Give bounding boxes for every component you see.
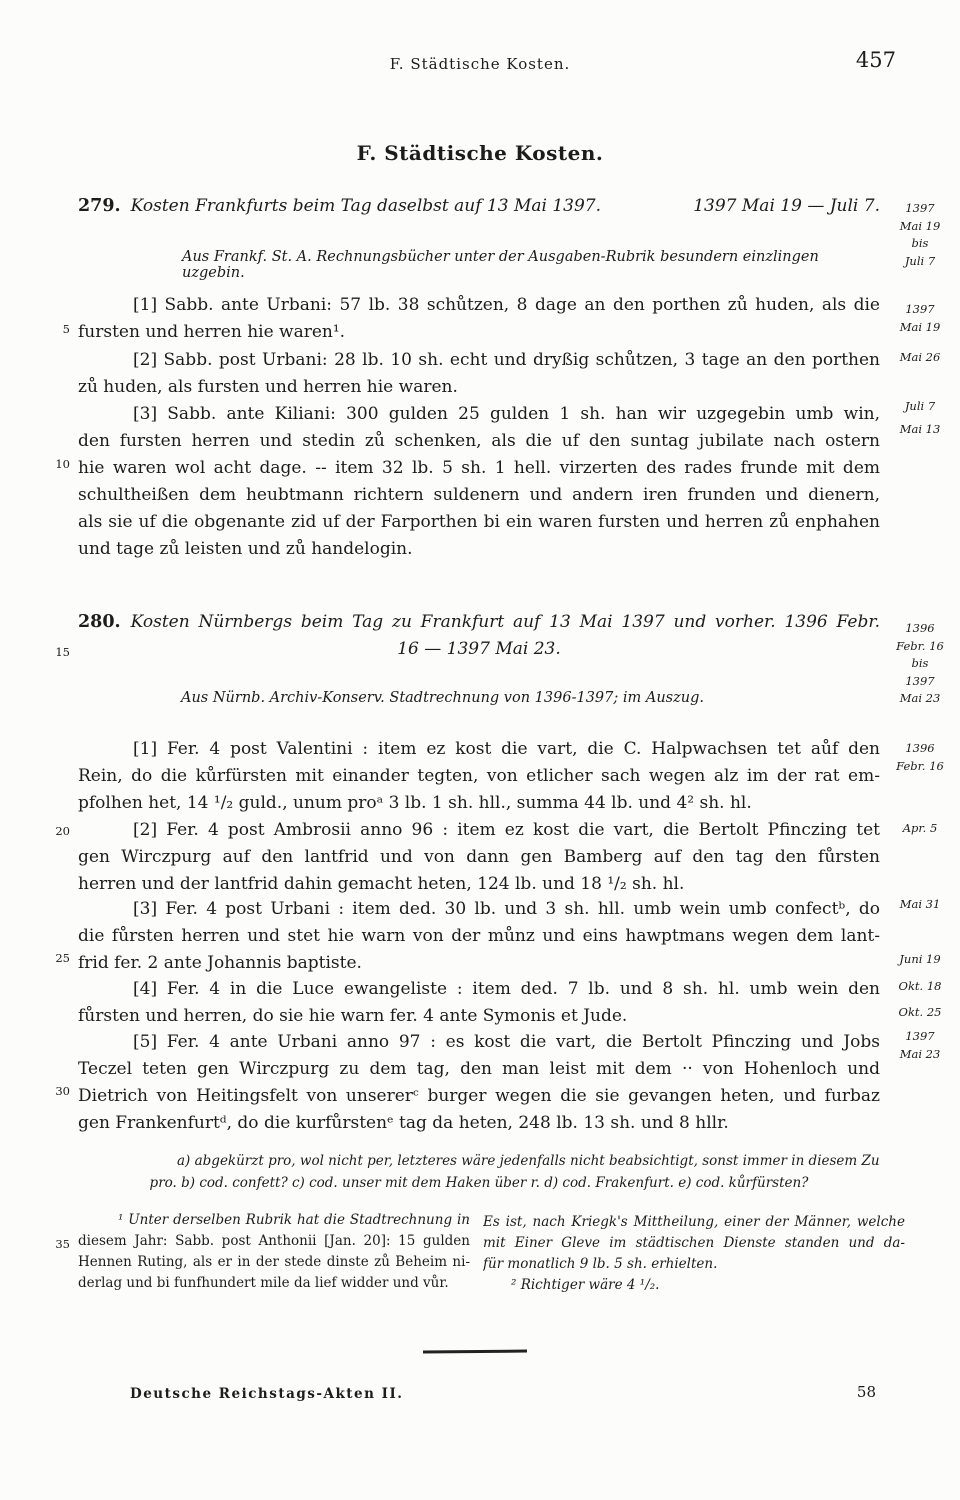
text-line: [3] Sabb. ante Kiliani: 300 gulden 25 gu… bbox=[78, 401, 880, 428]
footer-volume-title: Deutsche Reichstags-Akten II. bbox=[130, 1386, 403, 1402]
margin-date-entry280-p3a: Mai 31 bbox=[886, 896, 954, 914]
text-line: [3] Fer. 4 post Urbani : item ded. 30 lb… bbox=[78, 896, 880, 923]
entry-279-number: 279. bbox=[78, 196, 121, 216]
margin-date-entry279-p3a: Juli 7 bbox=[886, 398, 954, 416]
margin-date-entry280-p3b: Juni 19 bbox=[886, 951, 954, 969]
margin-date-entry280-p5: 1397 Mai 23 bbox=[886, 1028, 954, 1063]
text-line: Hennen Ruting, als er in der stede dinst… bbox=[78, 1252, 470, 1273]
line-number-25: 25 bbox=[38, 951, 70, 965]
margin-date-line: Mai 23 bbox=[886, 690, 954, 708]
line-number-30: 30 bbox=[38, 1084, 70, 1098]
text-line: den fursten herren und stedin zů schenke… bbox=[78, 428, 880, 455]
text-line: als sie uf die obgenante zid uf der Farp… bbox=[78, 509, 880, 536]
entry-279-paragraph-2: [2] Sabb. post Urbani: 28 lb. 10 sh. ech… bbox=[78, 347, 880, 401]
entry-280-title: 280.Kosten Nürnbergs beim Tag zu Frankfu… bbox=[78, 612, 880, 659]
margin-date-line: Apr. 5 bbox=[886, 820, 954, 838]
margin-date-line: bis bbox=[886, 655, 954, 673]
margin-date-line: 1397 bbox=[886, 200, 954, 218]
text-line: Teczel teten gen Wirczpurg zu dem tag, d… bbox=[78, 1056, 880, 1083]
margin-date-line: 1397 bbox=[886, 673, 954, 691]
entry-280-source: Aus Nürnb. Archiv-Konserv. Stadtrechnung… bbox=[181, 690, 881, 706]
margin-date-line: Febr. 16 bbox=[886, 638, 954, 656]
entry-280-paragraph-5: [5] Fer. 4 ante Urbani anno 97 : es kost… bbox=[78, 1029, 880, 1137]
text-line: [5] Fer. 4 ante Urbani anno 97 : es kost… bbox=[78, 1029, 880, 1056]
text-line: derlag und bi funfhundert mile da lief w… bbox=[78, 1273, 470, 1294]
variant-footnotes: a) abgekürzt pro, wol nicht per, letzter… bbox=[78, 1150, 880, 1194]
text-line: für monatlich 9 lb. 5 sh. erhielten. bbox=[483, 1254, 905, 1275]
margin-date-line: Okt. 18 bbox=[886, 978, 954, 996]
text-line: [4] Fer. 4 in die Luce ewangeliste : ite… bbox=[78, 976, 880, 1003]
line-number-35: 35 bbox=[38, 1237, 70, 1251]
footer-sheet-number: 58 bbox=[800, 1383, 876, 1401]
text-line: [2] Fer. 4 post Ambrosii anno 96 : item … bbox=[78, 817, 880, 844]
margin-date-line: Mai 13 bbox=[886, 421, 954, 439]
margin-date-line: 1397 bbox=[886, 1028, 954, 1046]
line-number-20: 20 bbox=[38, 824, 70, 838]
footnote-separator-rule bbox=[423, 1350, 527, 1354]
entry-280-title-text: Kosten Nürnbergs beim Tag zu Frankfurt a… bbox=[131, 612, 880, 632]
margin-date-entry279-p3b: Mai 13 bbox=[886, 421, 954, 439]
text-line: gen Frankenfurtᵈ, do die kurfůrstenᵉ tag… bbox=[78, 1110, 880, 1137]
entry-280-title-line-2: 16 — 1397 Mai 23. bbox=[78, 639, 880, 659]
margin-date-entry280-p2: Apr. 5 bbox=[886, 820, 954, 838]
text-line: fůrsten und herren, do sie hie warn fer.… bbox=[78, 1003, 880, 1030]
footnote-column-left: ¹ Unter derselben Rubrik hat die Stadtre… bbox=[78, 1210, 470, 1294]
text-line: pfolhen het, 14 ¹/₂ guld., unum proᵃ 3 l… bbox=[78, 790, 880, 817]
margin-date-line: Mai 19 bbox=[886, 319, 954, 337]
text-line: Rein, do die kůrfürsten mit einander teg… bbox=[78, 763, 880, 790]
text-line: a) abgekürzt pro, wol nicht per, letzter… bbox=[78, 1150, 880, 1172]
text-line: fursten und herren hie waren¹. bbox=[78, 319, 880, 346]
line-number-5: 5 bbox=[38, 322, 70, 336]
margin-date-line: Mai 31 bbox=[886, 896, 954, 914]
text-line: [1] Fer. 4 post Valentini : item ez kost… bbox=[78, 736, 880, 763]
text-line: gen Wirczpurg auf den lantfrid und von d… bbox=[78, 844, 880, 871]
text-line: pro. b) cod. confett? c) cod. unser mit … bbox=[78, 1172, 880, 1194]
entry-280-paragraph-1: [1] Fer. 4 post Valentini : item ez kost… bbox=[78, 736, 880, 817]
margin-date-line: 1396 bbox=[886, 740, 954, 758]
text-line: mit Einer Gleve im städtischen Dienste s… bbox=[483, 1233, 905, 1254]
margin-date-entry280-p4a: Okt. 18 bbox=[886, 978, 954, 996]
text-line: Dietrich von Heitingsfelt von unsererᶜ b… bbox=[78, 1083, 880, 1110]
entry-279-title: 279.Kosten Frankfurts beim Tag daselbst … bbox=[78, 196, 880, 216]
text-line: schultheißen dem heubtmann richtern suld… bbox=[78, 482, 880, 509]
text-line: die fůrsten herren und stet hie warn von… bbox=[78, 923, 880, 950]
text-line: Es ist, nach Kriegk's Mittheilung, einer… bbox=[483, 1212, 905, 1233]
text-line: und tage zů leisten und zů handelogin. bbox=[78, 536, 880, 563]
entry-280-title-line-1: 280.Kosten Nürnbergs beim Tag zu Frankfu… bbox=[78, 612, 880, 632]
margin-date-entry280-head: 1396 Febr. 16 bis 1397 Mai 23 bbox=[886, 620, 954, 708]
margin-date-line: 1397 bbox=[886, 301, 954, 319]
entry-279-source: Aus Frankf. St. A. Rechnungsbücher unter… bbox=[182, 249, 882, 281]
line-number-10: 10 bbox=[38, 457, 70, 471]
entry-279-paragraph-1: [1] Sabb. ante Urbani: 57 lb. 38 schůtze… bbox=[78, 292, 880, 346]
entry-279-title-dates: 1397 Mai 19 — Juli 7. bbox=[693, 196, 880, 216]
section-heading: F. Städtische Kosten. bbox=[0, 141, 960, 165]
text-line: [1] Sabb. ante Urbani: 57 lb. 38 schůtze… bbox=[78, 292, 880, 319]
text-line: frid fer. 2 ante Johannis baptiste. bbox=[78, 950, 880, 977]
entry-280-paragraph-2: [2] Fer. 4 post Ambrosii anno 96 : item … bbox=[78, 817, 880, 898]
text-line: hie waren wol acht dage. -- item 32 lb. … bbox=[78, 455, 880, 482]
margin-date-line: 1396 bbox=[886, 620, 954, 638]
entry-280-paragraph-3: [3] Fer. 4 post Urbani : item ded. 30 lb… bbox=[78, 896, 880, 977]
entry-280-paragraph-4: [4] Fer. 4 in die Luce ewangeliste : ite… bbox=[78, 976, 880, 1030]
footnote-column-right: Es ist, nach Kriegk's Mittheilung, einer… bbox=[483, 1212, 905, 1296]
margin-date-entry279-head: 1397 Mai 19 bis Juli 7 bbox=[886, 200, 954, 270]
margin-date-entry280-p4b: Okt. 25 bbox=[886, 1004, 954, 1022]
margin-date-line: Okt. 25 bbox=[886, 1004, 954, 1022]
margin-date-line: Juli 7 bbox=[886, 253, 954, 271]
margin-date-line: Juli 7 bbox=[886, 398, 954, 416]
margin-date-entry279-p2: Mai 26 bbox=[886, 349, 954, 367]
margin-date-line: Juni 19 bbox=[886, 951, 954, 969]
margin-date-line: Mai 23 bbox=[886, 1046, 954, 1064]
text-line: zů huden, als fursten und herren hie war… bbox=[78, 374, 880, 401]
text-line: [2] Sabb. post Urbani: 28 lb. 10 sh. ech… bbox=[78, 347, 880, 374]
text-line: herren und der lantfrid dahin gemacht he… bbox=[78, 871, 880, 898]
text-line: ² Richtiger wäre 4 ¹/₂. bbox=[483, 1275, 905, 1296]
entry-279-paragraph-3: [3] Sabb. ante Kiliani: 300 gulden 25 gu… bbox=[78, 401, 880, 563]
running-header: F. Städtische Kosten. bbox=[0, 55, 960, 73]
margin-date-entry279-p1: 1397 Mai 19 bbox=[886, 301, 954, 336]
margin-date-entry280-p1: 1396 Febr. 16 bbox=[886, 740, 954, 775]
entry-279-title-text: Kosten Frankfurts beim Tag daselbst auf … bbox=[131, 196, 601, 216]
text-line: ¹ Unter derselben Rubrik hat die Stadtre… bbox=[78, 1210, 470, 1231]
page-number: 457 bbox=[820, 48, 896, 72]
margin-date-line: bis bbox=[886, 235, 954, 253]
line-number-15: 15 bbox=[38, 645, 70, 659]
margin-date-line: Mai 26 bbox=[886, 349, 954, 367]
margin-date-line: Mai 19 bbox=[886, 218, 954, 236]
text-line: diesem Jahr: Sabb. post Anthonii [Jan. 2… bbox=[78, 1231, 470, 1252]
margin-date-line: Febr. 16 bbox=[886, 758, 954, 776]
entry-280-number: 280. bbox=[78, 612, 121, 632]
